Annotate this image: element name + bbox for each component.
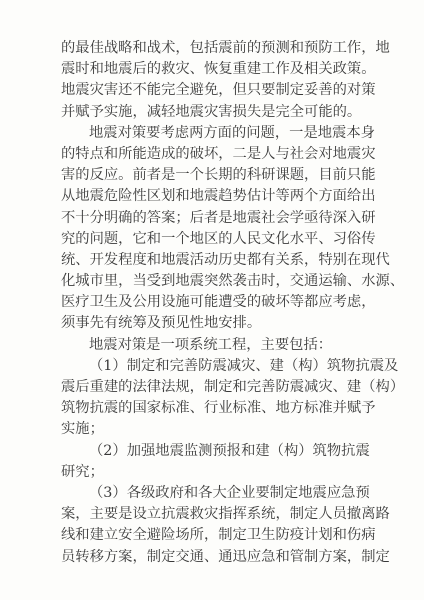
text-line: 的最佳战略和战术，包括震前的预测和预防工作，地 <box>61 38 368 59</box>
text-line: 不十分明确的答案；后者是地震社会学亟待深入研 <box>61 208 368 229</box>
text-line: 化城市里，当受到地震突然袭击时，交通运输、水源、 <box>61 271 368 292</box>
text-line: （2）加强地震监测预报和建（构）筑物抗震 <box>61 441 368 462</box>
text-line: （3）各级政府和各大企业要制定地震应急预 <box>61 483 368 504</box>
text-line: 地震灾害还不能完全避免，但只要制定妥善的对策 <box>61 80 368 101</box>
text-line: 震时和地震后的救灾、恢复重建工作及相关政策。 <box>61 59 368 80</box>
text-line: 员转移方案，制定交通、通迅应急和管制方案，制定 <box>61 547 368 568</box>
text-line: 筑物抗震的国家标准、行业标准、地方标准并赋予 <box>61 398 368 419</box>
text-line: 并赋予实施，减轻地震灾害损失是完全可能的。 <box>61 102 368 123</box>
text-line: 地震对策是一项系统工程，主要包括： <box>61 335 368 356</box>
text-line: 研究； <box>61 462 368 483</box>
document-page: 的最佳战略和战术，包括震前的预测和预防工作，地震时和地震后的救灾、恢复重建工作及… <box>61 38 368 568</box>
text-line: 害的反应。前者是一个长期的科研课题，目前只能 <box>61 165 368 186</box>
text-line: 从地震危险性区划和地震趋势估计等两个方面给出 <box>61 186 368 207</box>
text-line: 的特点和所能造成的破坏，二是人与社会对地震灾 <box>61 144 368 165</box>
text-line: 统、开发程度和地震活动历史都有关系，特别在现代 <box>61 250 368 271</box>
text-line: 震后重建的法律法规，制定和完善防震减灾、建（构） <box>61 377 368 398</box>
text-line: 案，主要是设立抗震救灾指挥系统，制定人员撤离路 <box>61 504 368 525</box>
text-line: 究的问题，它和一个地区的人民文化水平、习俗传 <box>61 229 368 250</box>
text-line: 医疗卫生及公用设施可能遭受的破坏等都应考虑， <box>61 292 368 313</box>
text-line: （1）制定和完善防震减灾、建（构）筑物抗震及 <box>61 356 368 377</box>
text-line: 线和建立安全避险场所，制定卫生防疫计划和伤病 <box>61 525 368 546</box>
text-line: 地震对策要考虑两方面的问题，一是地震本身 <box>61 123 368 144</box>
text-line: 实施； <box>61 419 368 440</box>
text-line: 须事先有统筹及预见性地安排。 <box>61 313 368 334</box>
